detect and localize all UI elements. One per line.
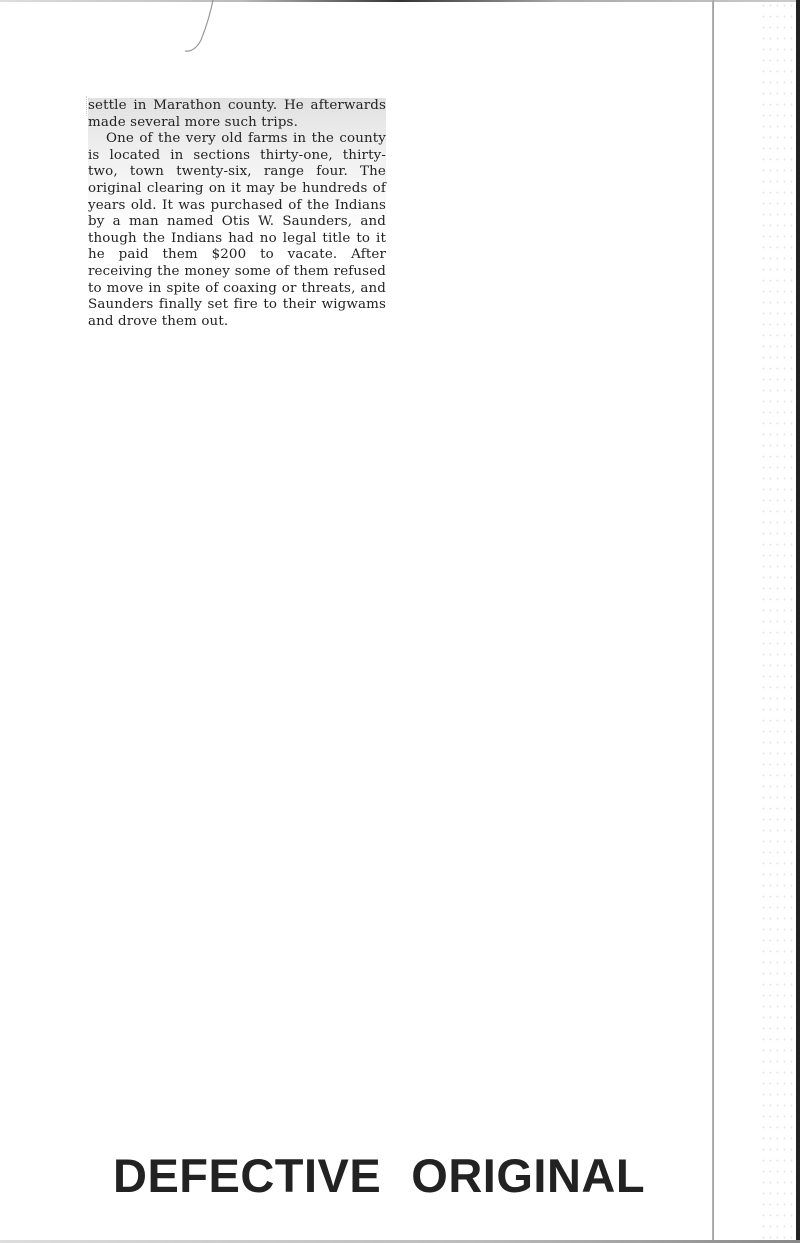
page-right-edge <box>796 0 800 1243</box>
defective-original-stamp: DEFECTIVEORIGINAL <box>113 1148 645 1203</box>
clipping-paragraph-2: One of the very old farms in the county … <box>88 131 386 330</box>
stamp-word-defective: DEFECTIVE <box>113 1149 381 1202</box>
newspaper-clipping: settle in Marathon county. He afterwards… <box>88 98 386 330</box>
paper-curl-mark <box>185 0 235 55</box>
scan-noise <box>760 0 796 1243</box>
stamp-word-original: ORIGINAL <box>411 1149 645 1202</box>
page-top-edge <box>0 0 800 2</box>
page-fold-line <box>712 0 714 1243</box>
clipping-paragraph-1: settle in Marathon county. He afterwards… <box>88 98 386 131</box>
